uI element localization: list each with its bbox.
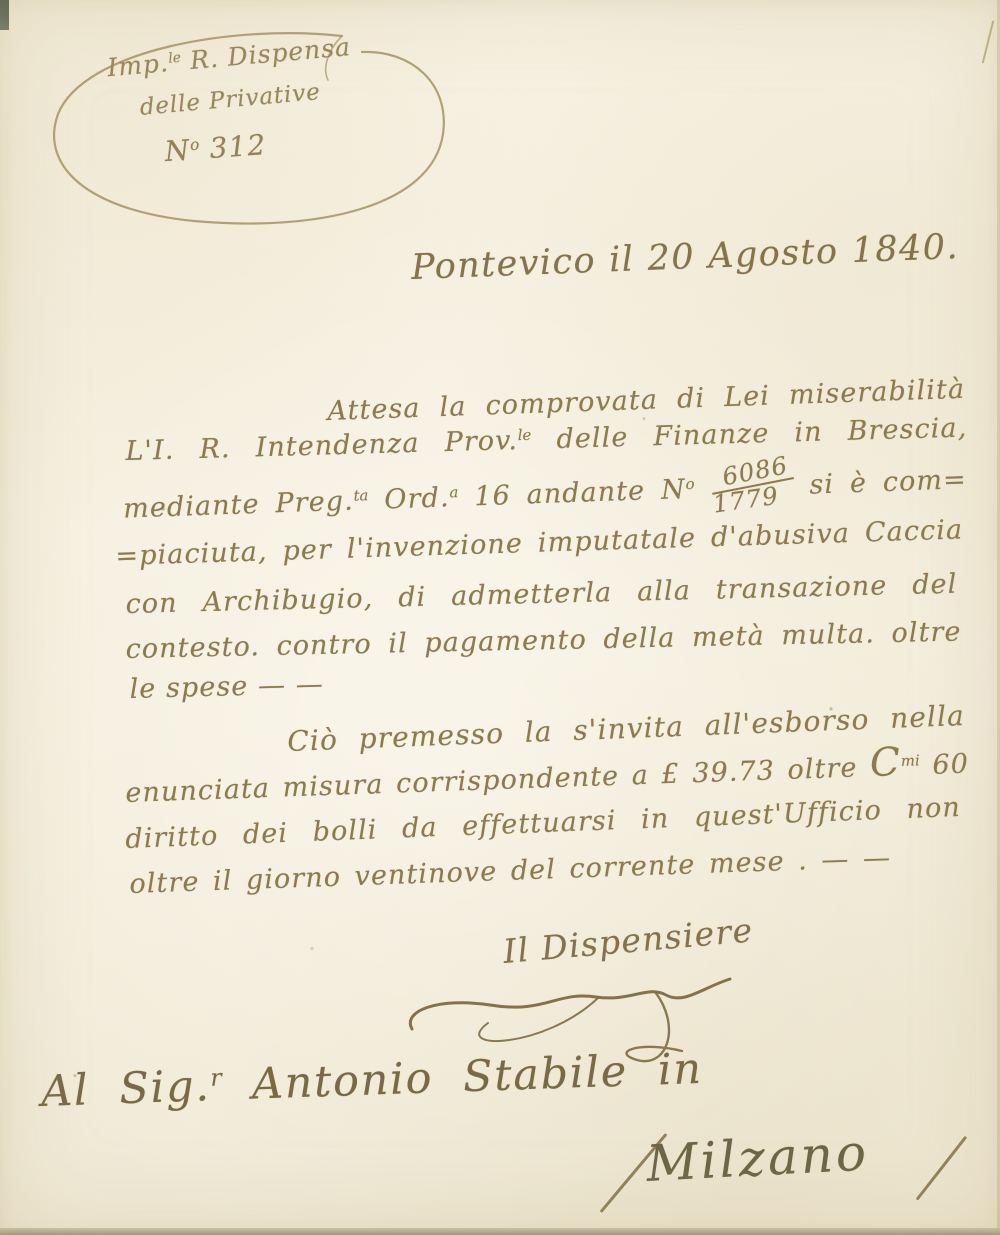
stamp-number-value: 312 [198, 128, 267, 166]
pen-slash-right [916, 1136, 967, 1201]
body-line-2-text: L'I. R. Intendenza Prov. [125, 425, 518, 467]
scan-bottom-edge [0, 1228, 1000, 1235]
body-line-2-superscript: le [518, 426, 532, 444]
body-line-5: con Archibugio, di admetterla alla trans… [125, 569, 958, 620]
body-line-3-text: mediante Preg. [123, 486, 355, 525]
body-line-3-mid2: 16 andante N [458, 474, 686, 513]
body-line-7: le spese — — [129, 669, 324, 705]
centesimi-superscript: mi [901, 751, 920, 770]
body-line-3-superscript-o: o [685, 475, 695, 493]
body-line-9-rest: 60 [919, 749, 969, 782]
body-line-2-rest: delle Finanze in Brescia, [531, 413, 968, 456]
pen-stroke-top-right [982, 20, 995, 63]
body-line-3-rest: si è com= [793, 464, 967, 501]
scan-corner-mark [0, 0, 9, 30]
stamp-office-text: Imp. [106, 48, 170, 82]
body-line-11: oltre il giorno ventinove del corrente m… [129, 842, 892, 900]
body-line-8: Ciò premesso la s'invita all'esborso nel… [287, 700, 966, 758]
address-line: Al Sig.r Antonio Stabile in [40, 1045, 703, 1118]
office-stamp: Imp.le R. Dispensa delle Privative No 31… [24, 22, 434, 212]
centesimi-symbol: C [869, 740, 902, 786]
address-text: Al Sig. [40, 1061, 211, 1117]
letter-page: Imp.le R. Dispensa delle Privative No 31… [0, 0, 1000, 1235]
dateline: Pontevico il 20 Agosto 1840. [410, 227, 959, 288]
stamp-number-n: N [164, 133, 192, 168]
address-place: Milzano [645, 1124, 870, 1193]
address-rest: Antonio Stabile in [221, 1044, 704, 1111]
body-line-3-superscript-ta: ta [353, 486, 368, 505]
address-superscript: r [210, 1064, 222, 1092]
body-line-3-mid1: Ord. [368, 482, 450, 516]
protocol-number-fraction: 60861779 [707, 455, 796, 516]
body-line-6: contesto. contro il pagamento della metà… [125, 616, 961, 665]
